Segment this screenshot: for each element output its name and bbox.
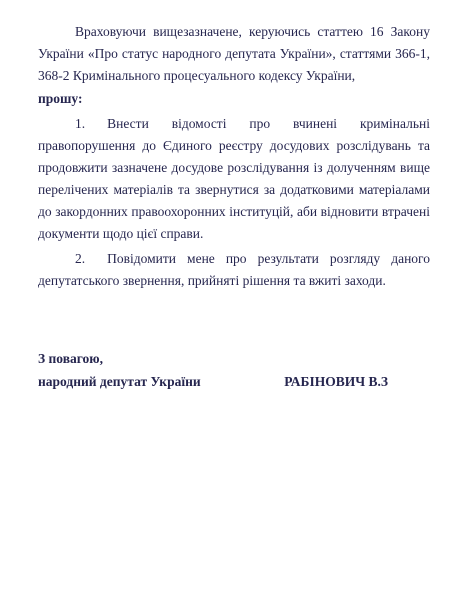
list-item: 2.Повідомити мене про результати розгляд…: [38, 248, 430, 292]
list-item-text: Повідомити мене про результати розгляду …: [38, 251, 430, 288]
document-body: Враховуючи вищезазначене, керуючись стат…: [38, 21, 430, 393]
closing-block: З повагою, народний депутат України РАБІ…: [38, 348, 430, 393]
list-item-text: Внести відомості про вчинені кримінальні…: [38, 116, 430, 241]
document-page: Враховуючи вищезазначене, керуючись стат…: [0, 0, 461, 600]
list-item: 1.Внести відомості про вчинені криміналь…: [38, 113, 430, 245]
request-heading: прошу:: [38, 88, 430, 110]
closing-salutation: З повагою,: [38, 348, 430, 370]
signer-title: народний депутат України: [38, 371, 201, 393]
intro-paragraph: Враховуючи вищезазначене, керуючись стат…: [38, 21, 430, 87]
list-item-number: 1.: [75, 116, 85, 131]
signature-row: народний депутат України РАБІНОВИЧ В.З: [38, 371, 430, 393]
signer-name: РАБІНОВИЧ В.З: [284, 371, 388, 393]
list-item-number: 2.: [75, 251, 85, 266]
